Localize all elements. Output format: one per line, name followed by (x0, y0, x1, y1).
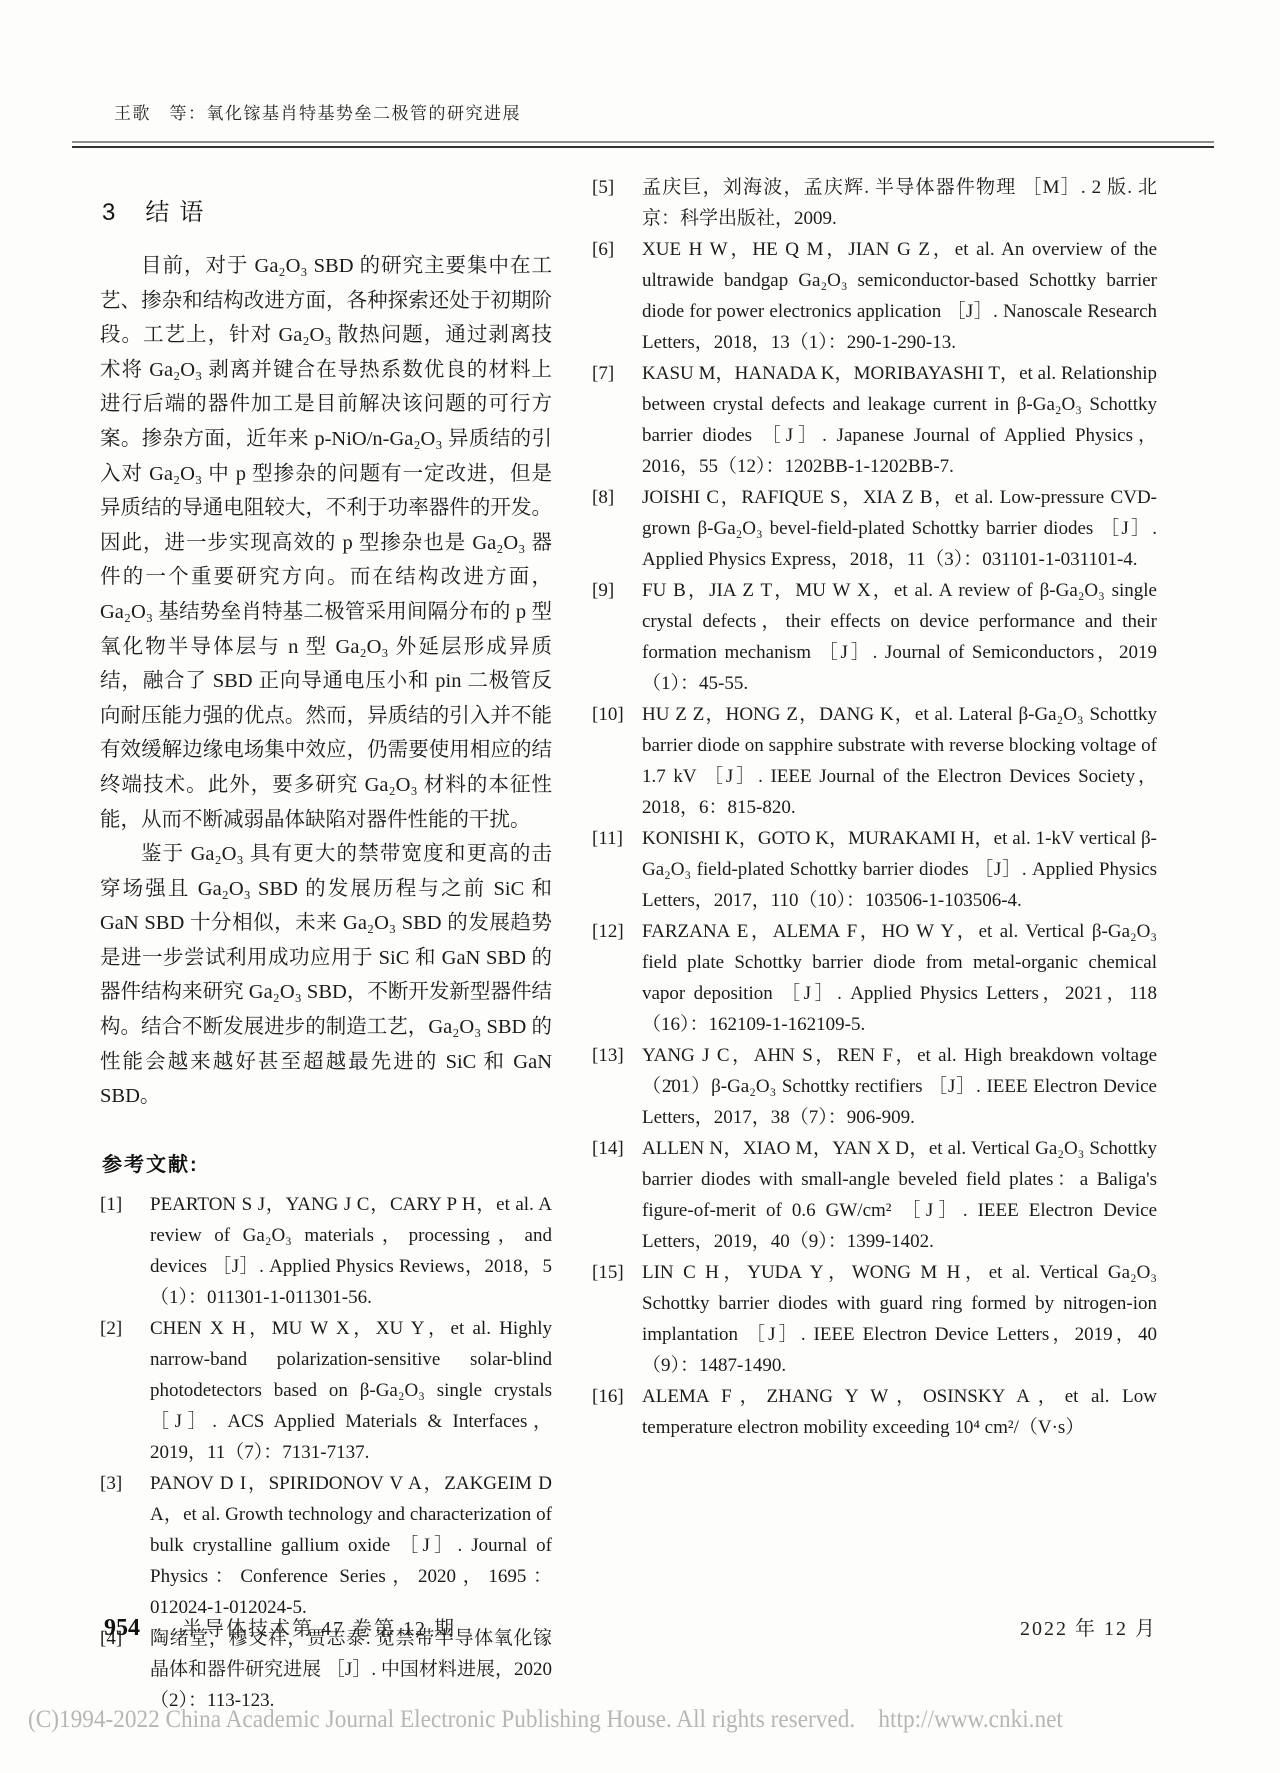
journal-page: 王歌 等：氧化镓基肖特基势垒二极管的研究进展 3 结语 目前，对于 Ga₂O₃ … (0, 0, 1280, 1773)
right-column: [5] 孟庆巨，刘海波，孟庆辉. 半导体器件物理 ［M］. 2 版. 北京：科学… (592, 172, 1157, 1443)
reference-number: [13] (592, 1040, 642, 1133)
reference-number: [12] (592, 916, 642, 1040)
references-list-right: [5] 孟庆巨，刘海波，孟庆辉. 半导体器件物理 ［M］. 2 版. 北京：科学… (592, 172, 1157, 1443)
reference-number: [14] (592, 1133, 642, 1257)
left-column: 3 结语 目前，对于 Ga₂O₃ SBD 的研究主要集中在工艺、掺杂和结构改进方… (100, 172, 552, 1716)
reference-number: [1] (100, 1189, 150, 1313)
reference-number: [3] (100, 1468, 150, 1623)
reference-item: [10] HU Z Z，HONG Z，DANG K，et al. Lateral… (592, 699, 1157, 823)
issue-date: 2022 年 12 月 (1020, 1612, 1157, 1641)
reference-number: [15] (592, 1257, 642, 1381)
reference-item: [9] FU B，JIA Z T，MU W X，et al. A review … (592, 575, 1157, 699)
reference-number: [2] (100, 1313, 150, 1468)
reference-number: [6] (592, 234, 642, 358)
reference-item: [5] 孟庆巨，刘海波，孟庆辉. 半导体器件物理 ［M］. 2 版. 北京：科学… (592, 172, 1157, 234)
reference-item: [11] KONISHI K，GOTO K，MURAKAMI H，et al. … (592, 823, 1157, 916)
reference-text: KONISHI K，GOTO K，MURAKAMI H，et al. 1-kV … (642, 823, 1157, 916)
journal-volume-issue: 半导体技术第 47 卷第 12 期 (182, 1612, 456, 1641)
reference-text: FU B，JIA Z T，MU W X，et al. A review of β… (642, 575, 1157, 699)
reference-text: KASU M，HANADA K，MORIBAYASHI T，et al. Rel… (642, 358, 1157, 482)
reference-item: [7] KASU M，HANADA K，MORIBAYASHI T，et al.… (592, 358, 1157, 482)
reference-number: [7] (592, 358, 642, 482)
reference-text: 孟庆巨，刘海波，孟庆辉. 半导体器件物理 ［M］. 2 版. 北京：科学出版社，… (642, 172, 1157, 234)
reference-text: ALEMA F，ZHANG Y W，OSINSKY A，et al. Low t… (642, 1381, 1157, 1443)
section-number: 3 (102, 199, 115, 227)
reference-text: JOISHI C，RAFIQUE S，XIA Z B，et al. Low-pr… (642, 482, 1157, 575)
page-footer: 954 半导体技术第 47 卷第 12 期 2022 年 12 月 (104, 1612, 1157, 1642)
reference-item: [1] PEARTON S J，YANG J C，CARY P H，et al.… (100, 1189, 552, 1313)
cnki-copyright-watermark: (C)1994-2022 China Academic Journal Elec… (28, 1706, 1063, 1734)
reference-number: [5] (592, 172, 642, 234)
reference-item: [15] LIN C H，YUDA Y，WONG M H，et al. Vert… (592, 1257, 1157, 1381)
reference-text: PANOV D I，SPIRIDONOV V A，ZAKGEIM D A，et … (150, 1468, 552, 1623)
reference-number: [16] (592, 1381, 642, 1443)
reference-item: [14] ALLEN N，XIAO M，YAN X D，et al. Verti… (592, 1133, 1157, 1257)
reference-item: [6] XUE H W，HE Q M，JIAN G Z，et al. An ov… (592, 234, 1157, 358)
reference-text: HU Z Z，HONG Z，DANG K，et al. Lateral β-Ga… (642, 699, 1157, 823)
reference-text: ALLEN N，XIAO M，YAN X D，et al. Vertical G… (642, 1133, 1157, 1257)
references-heading: 参考文献: (102, 1148, 552, 1177)
section-title: 结语 (145, 192, 213, 227)
reference-item: [2] CHEN X H，MU W X，XU Y，et al. Highly n… (100, 1313, 552, 1468)
header-rule (72, 141, 1214, 148)
reference-text: CHEN X H，MU W X，XU Y，et al. Highly narro… (150, 1313, 552, 1468)
section-heading: 3 结语 (102, 192, 552, 227)
reference-text: YANG J C，AHN S，REN F，et al. High breakdo… (642, 1040, 1157, 1133)
reference-item: [16] ALEMA F，ZHANG Y W，OSINSKY A，et al. … (592, 1381, 1157, 1443)
conclusion-paragraph-1: 目前，对于 Ga₂O₃ SBD 的研究主要集中在工艺、掺杂和结构改进方面，各种探… (100, 249, 552, 837)
reference-number: [9] (592, 575, 642, 699)
running-header: 王歌 等：氧化镓基肖特基势垒二极管的研究进展 (114, 99, 521, 124)
reference-number: [8] (592, 482, 642, 575)
page-number: 954 (104, 1615, 140, 1642)
reference-text: FARZANA E，ALEMA F，HO W Y，et al. Vertical… (642, 916, 1157, 1040)
reference-number: [10] (592, 699, 642, 823)
reference-text: XUE H W，HE Q M，JIAN G Z，et al. An overvi… (642, 234, 1157, 358)
reference-text: LIN C H，YUDA Y，WONG M H，et al. Vertical … (642, 1257, 1157, 1381)
reference-number: [11] (592, 823, 642, 916)
conclusion-paragraph-2: 鉴于 Ga₂O₃ 具有更大的禁带宽度和更高的击穿场强且 Ga₂O₃ SBD 的发… (100, 837, 552, 1114)
reference-text: PEARTON S J，YANG J C，CARY P H，et al. A r… (150, 1189, 552, 1313)
reference-item: [13] YANG J C，AHN S，REN F，et al. High br… (592, 1040, 1157, 1133)
reference-item: [12] FARZANA E，ALEMA F，HO W Y，et al. Ver… (592, 916, 1157, 1040)
reference-item: [3] PANOV D I，SPIRIDONOV V A，ZAKGEIM D A… (100, 1468, 552, 1623)
reference-item: [8] JOISHI C，RAFIQUE S，XIA Z B，et al. Lo… (592, 482, 1157, 575)
